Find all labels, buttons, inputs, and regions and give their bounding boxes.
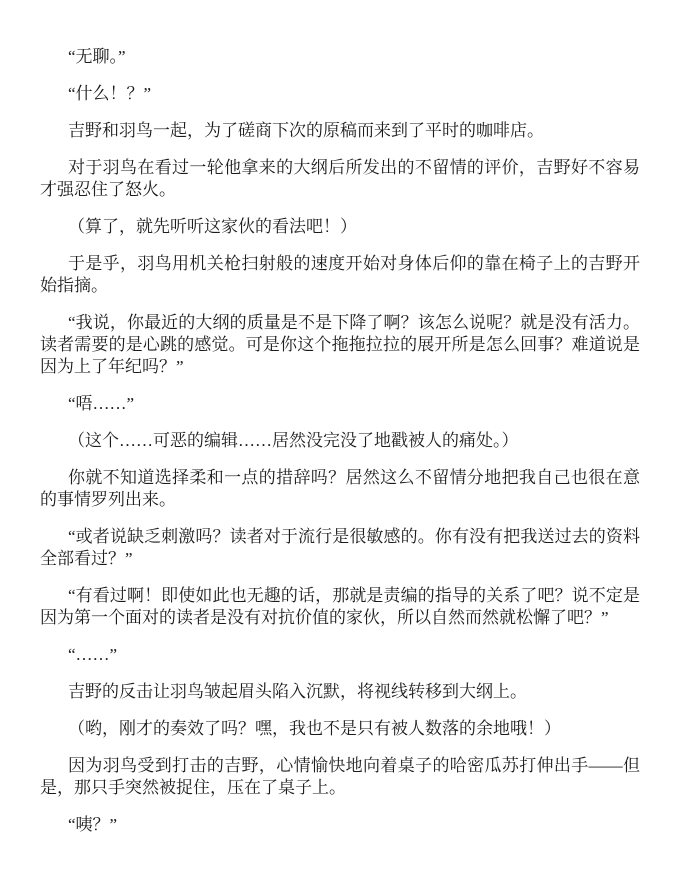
paragraph: 对于羽鸟在看过一轮他拿来的大纲后所发出的不留情的评价，吉野好不容易才强忍住了怒火…	[40, 157, 640, 201]
paragraph: “或者说缺乏刺激吗？读者对于流行是很敏感的。你有没有把我送过去的资料全部看过？”	[40, 526, 640, 570]
document-page: “无聊。” “什么！？” 吉野和羽鸟一起，为了磋商下次的原稿而来到了平时的咖啡店…	[0, 0, 680, 880]
paragraph: （算了，就先听听这家伙的看法吧！）	[40, 216, 640, 238]
paragraph: “我说，你最近的大纲的质量是不是下降了啊？该怎么说呢？就是没有活力。读者需要的是…	[40, 312, 640, 378]
paragraph: “……”	[40, 644, 640, 666]
paragraph: “咦？”	[40, 814, 640, 836]
paragraph: 吉野的反击让羽鸟皱起眉头陷入沉默，将视线转移到大纲上。	[40, 681, 640, 703]
paragraph: （哟，刚才的奏效了吗？嘿，我也不是只有被人数落的余地哦！）	[40, 718, 640, 740]
paragraph: 因为羽鸟受到打击的吉野，心情愉快地向着桌子的哈密瓜苏打伸出手——但是，那只手突然…	[40, 755, 640, 799]
paragraph: “什么！？”	[40, 83, 640, 105]
paragraph: “有看过啊！即使如此也无趣的话，那就是责编的指导的关系了吧？说不定是因为第一个面…	[40, 585, 640, 629]
paragraph: 你就不知道选择柔和一点的措辞吗？居然这么不留情分地把我自己也很在意的事情罗列出来…	[40, 467, 640, 511]
paragraph: “唔……”	[40, 393, 640, 415]
paragraph: 吉野和羽鸟一起，为了磋商下次的原稿而来到了平时的咖啡店。	[40, 120, 640, 142]
paragraph: （这个……可恶的编辑……居然没完没了地戳被人的痛处。）	[40, 430, 640, 452]
paragraph: “无聊。”	[40, 46, 640, 68]
paragraph: 于是乎，羽鸟用机关枪扫射般的速度开始对身体后仰的靠在椅子上的吉野开始指摘。	[40, 253, 640, 297]
